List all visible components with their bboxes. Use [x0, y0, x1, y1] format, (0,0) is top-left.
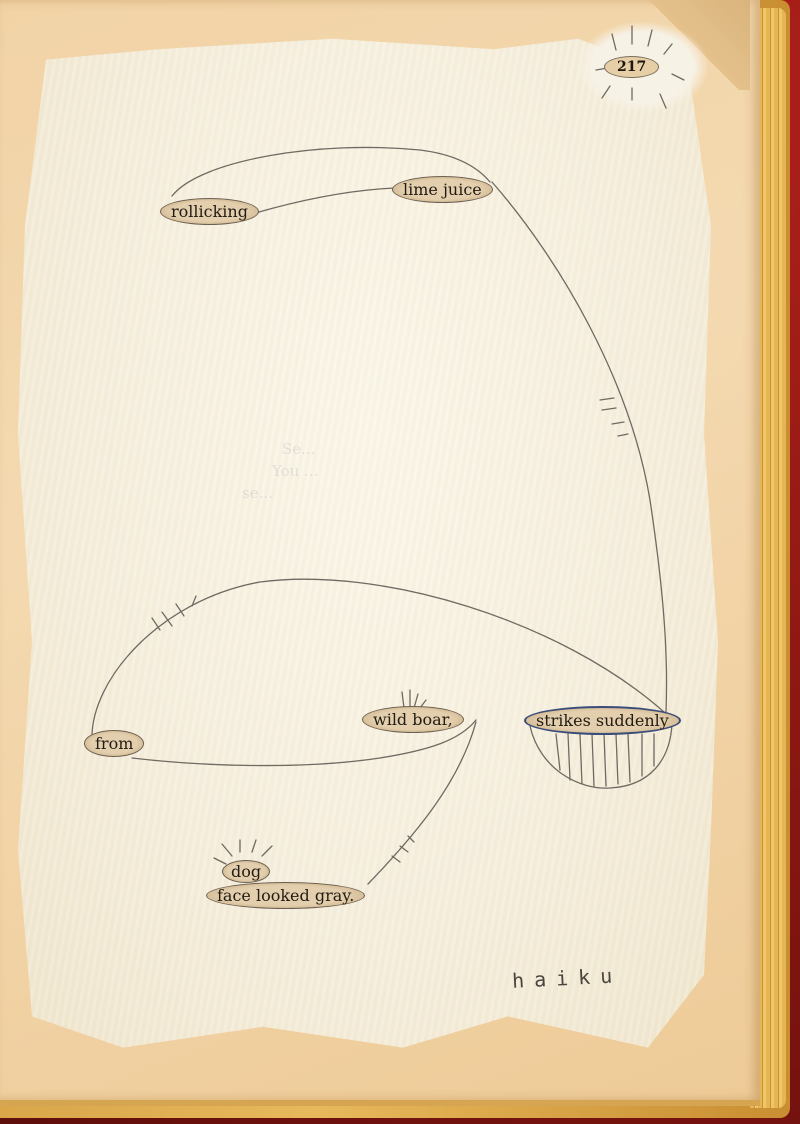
pencil-drawings	[0, 0, 800, 1124]
word-lime-juice: lime juice	[392, 176, 493, 203]
word-rollicking: rollicking	[160, 198, 259, 225]
book-page: Se... You ... se...	[0, 0, 760, 1106]
word-dog: dog	[222, 860, 270, 883]
word-face-looked-gray: face looked gray.	[206, 882, 365, 909]
word-strikes-suddenly: strikes suddenly	[524, 706, 681, 735]
page-number: 217	[604, 56, 659, 78]
word-from: from	[84, 730, 144, 757]
word-wild-boar: wild boar,	[362, 706, 464, 733]
